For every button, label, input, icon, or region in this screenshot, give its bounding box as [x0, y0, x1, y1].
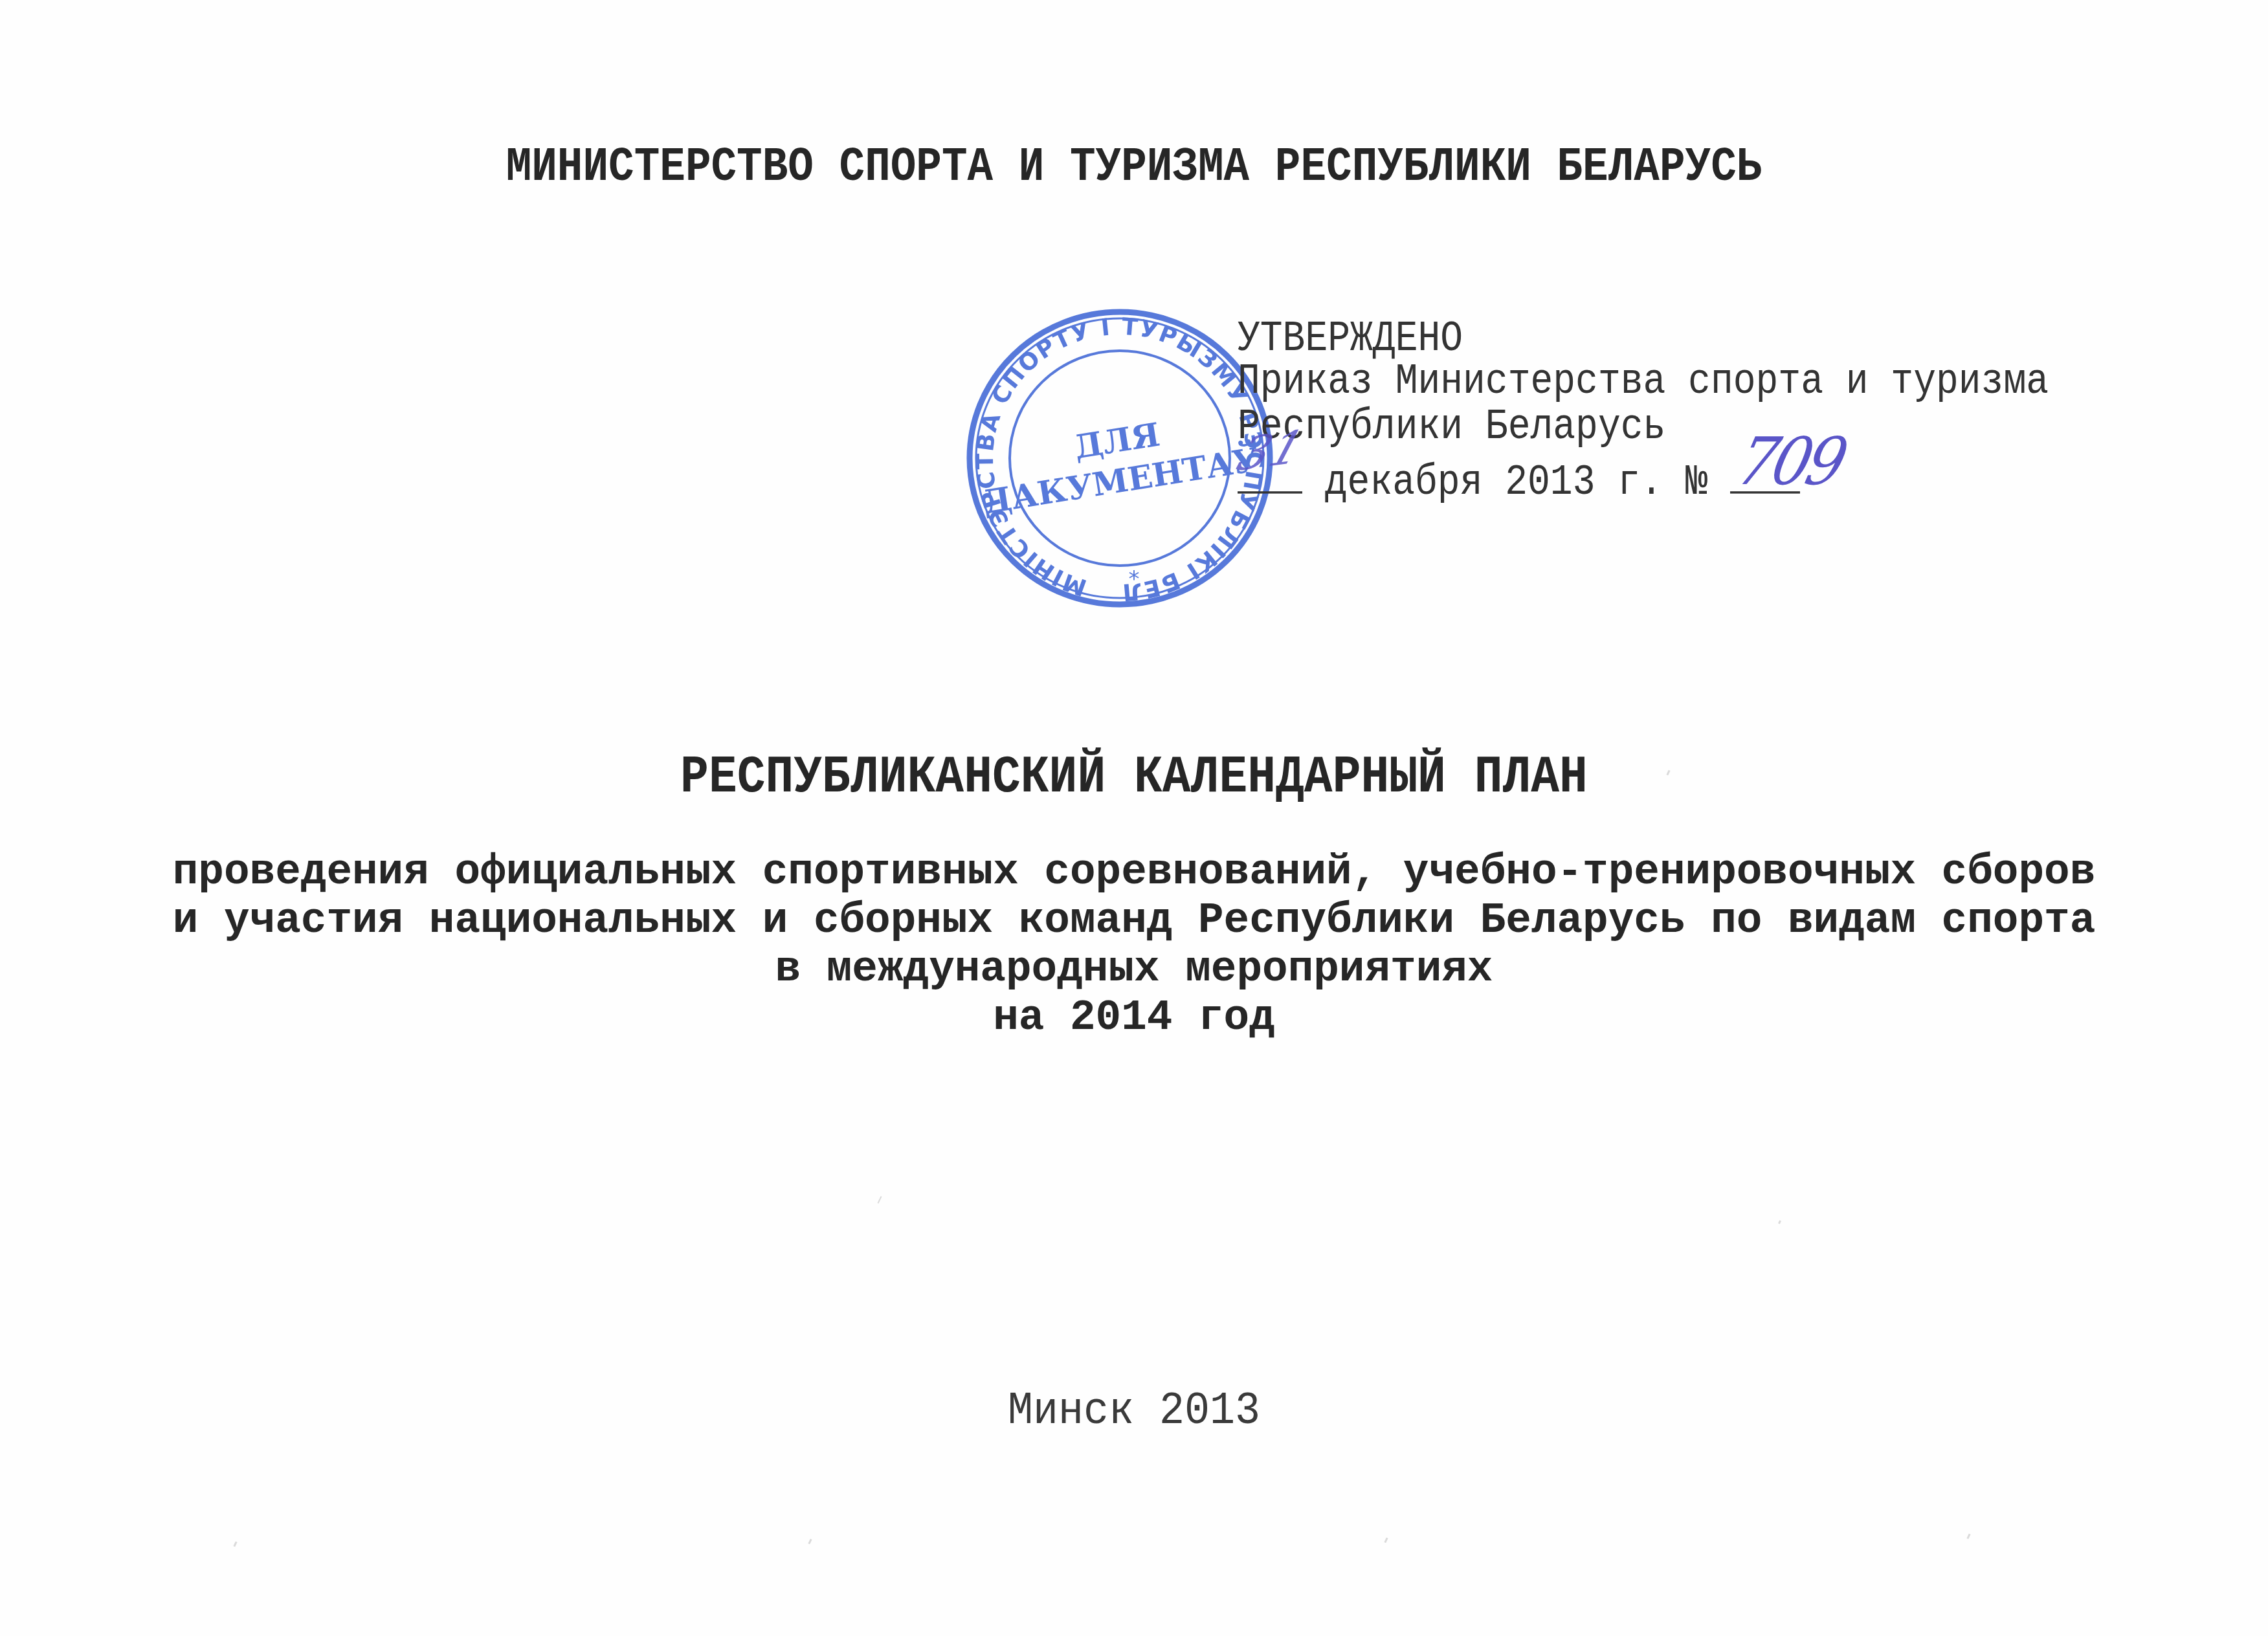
order-date-text: декабря 2013 г. №: [1302, 459, 1730, 507]
scan-speck: [1778, 1221, 1781, 1224]
scan-speck: [233, 1542, 237, 1547]
place-and-year: Минск 2013: [0, 1389, 2268, 1434]
handwritten-order-number: 709: [1730, 424, 1851, 500]
document-page: МИНИСТЕРСТВО СПОРТА И ТУРИЗМА РЕСПУБЛИКИ…: [0, 0, 2268, 1636]
scan-speck: [878, 1196, 882, 1204]
subtitle-line-1: проведения официальных спортивных соревн…: [0, 851, 2268, 894]
order-line-1: Приказ Министерства спорта и туризма: [1238, 361, 2049, 404]
scan-speck: [1384, 1538, 1388, 1543]
scan-speck: [808, 1539, 812, 1545]
document-title: РЕСПУБЛИКАНСКИЙ КАЛЕНДАРНЫЙ ПЛАН: [0, 751, 2268, 804]
approved-label: УТВЕРЖДЕНО: [1238, 318, 1463, 362]
scan-speck: [1966, 1534, 1970, 1540]
order-date-line: декабря 2013 г. №: [1238, 456, 1800, 505]
official-stamp-icon: МІНІСТЭРСТВА СПОРТУ І ТУРЫЗМУ РЭСПУБЛІКІ…: [964, 308, 1275, 612]
subtitle-line-2: и участия национальных и сборных команд …: [0, 900, 2268, 942]
subtitle-line-3: в международных мероприятиях: [0, 948, 2268, 991]
stamp-star-icon: *: [1129, 566, 1140, 592]
subtitle-line-4: на 2014 год: [0, 997, 2268, 1039]
ministry-header: МИНИСТЕРСТВО СПОРТА И ТУРИЗМА РЕСПУБЛИКИ…: [0, 144, 2268, 192]
